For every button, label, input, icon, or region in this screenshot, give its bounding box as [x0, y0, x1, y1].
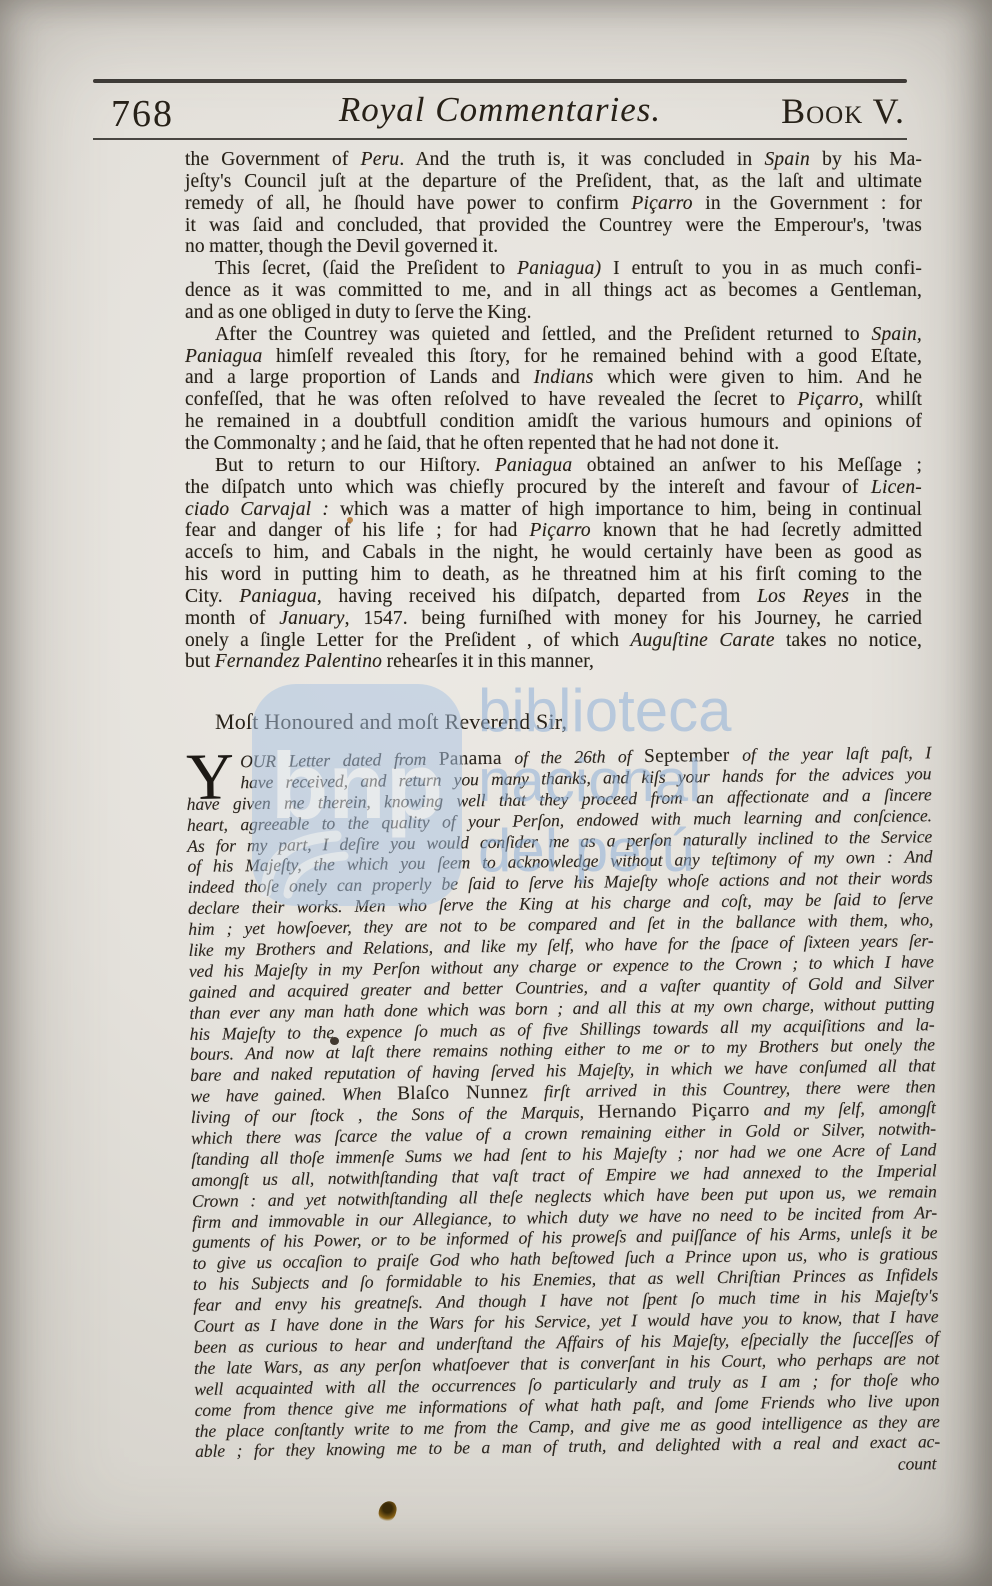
letter-lines: OUR Letter dated from Panama of the 26th… [186, 742, 940, 1462]
ink-stain [377, 1499, 399, 1524]
book-page-scan: 768 Royal Commentaries. Book V. the Gove… [0, 0, 992, 1586]
ink-blot [330, 1037, 339, 1045]
text-line: the diſpatch unto which was chiefly proc… [185, 477, 922, 499]
text-line: ciado Carvajal : which was a matter of h… [185, 499, 922, 521]
text-line: he remained in a doubtfull condition ami… [185, 411, 922, 433]
header-rule-bottom [93, 138, 907, 140]
text-line: and as one obliged in duty to ſerve the … [185, 302, 922, 324]
text-line: the Government of Peru. And the truth is… [185, 149, 922, 171]
text-line: dence as it was committed to me, and in … [185, 280, 922, 302]
text-line: After the Countrey was quieted and ſettl… [185, 324, 922, 346]
main-text-column: the Government of Peru. And the truth is… [185, 149, 922, 673]
text-line: This ſecret, (ſaid the Preſident to Pani… [185, 258, 922, 280]
drop-cap-initial: Y [186, 751, 241, 792]
text-line: But to return to our Hiſtory. Paniagua o… [185, 455, 922, 477]
text-line: no matter, though the Devil governed it. [185, 236, 922, 258]
text-line: his word in putting him to death, as he … [185, 564, 922, 586]
text-line: and a large proportion of Lands and Indi… [185, 367, 922, 389]
paper-speck [347, 517, 353, 523]
text-line: fear and danger of his life ; for had Pi… [185, 520, 922, 542]
book-label: Book V. [781, 90, 905, 132]
page-header: 768 Royal Commentaries. Book V. [93, 88, 907, 140]
text-line: City. Paniagua, having received his diſp… [185, 586, 922, 608]
text-line: jeſty's Council juſt at the departure of… [185, 171, 922, 193]
text-line: remedy of all, he ſhould have power to c… [185, 193, 922, 215]
letter-salutation: Moſt Honoured and moſt Reverend Sir, [215, 709, 567, 735]
text-line: confeſſed, that he was often reſolved to… [185, 389, 922, 411]
text-line: the Commonalty ; and he ſaid, that he of… [185, 433, 922, 455]
text-line: Paniagua himſelf revealed this ſtory, fo… [185, 346, 922, 368]
text-line: month of January, 1547. being furniſhed … [185, 608, 922, 630]
text-line: acceſs to him, and Cabals in the night, … [185, 542, 922, 564]
text-line: but Fernandez Palentino rehearſes it in … [185, 651, 922, 673]
text-line: onely a ſingle Letter for the Preſident … [185, 630, 922, 652]
text-line: it was ſaid and concluded, that provided… [185, 215, 922, 237]
header-rule-top [93, 79, 907, 83]
letter-block: Y OUR Letter dated from Panama of the 26… [186, 742, 941, 1484]
